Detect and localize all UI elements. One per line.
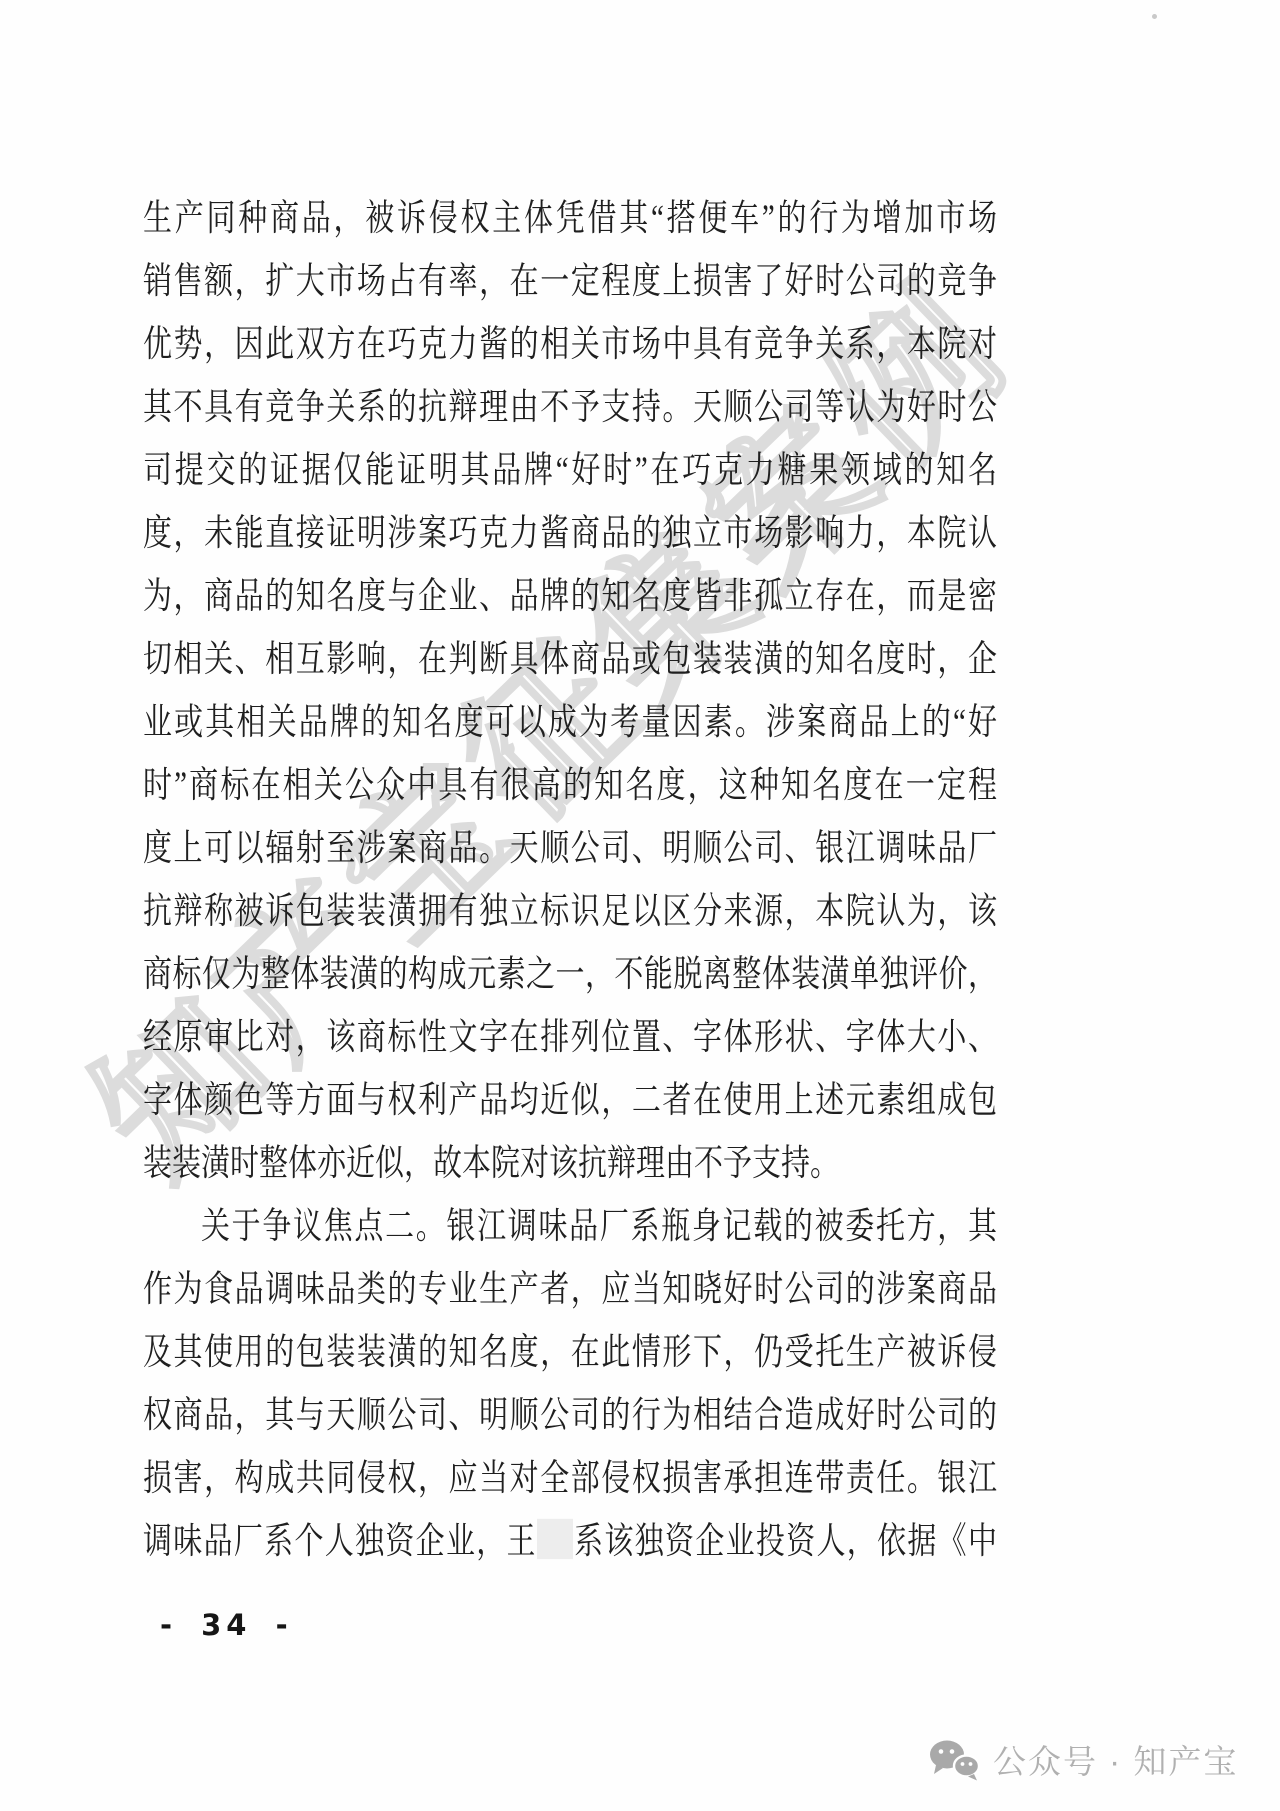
redaction-box [537,1519,573,1559]
document-page: 知产宝征集案例 生产同种商品，被诉侵权主体凭借其“搭便车”的行为增加市场销售额，… [0,0,1280,1811]
text-line: 时”商标在相关公众中具有很高的知名度，这种知名度在一定程 [143,754,997,817]
footer: 公众号 · 知产宝 [928,1736,1238,1783]
text-line: 其不具有竞争关系的抗辩理由不予支持。天顺公司等认为好时公 [143,376,997,439]
text-line: 生产同种商品，被诉侵权主体凭借其“搭便车”的行为增加市场 [143,187,997,250]
text-line: 装装潢时整体亦近似，故本院对该抗辩理由不予支持。 [143,1132,997,1195]
text-line: 度，未能直接证明涉案巧克力酱商品的独立市场影响力，本院认 [143,502,997,565]
text-line: 字体颜色等方面与权利产品均近似，二者在使用上述元素组成包 [143,1069,997,1132]
page-number: - 34 - [160,1608,293,1642]
text-block: 生产同种商品，被诉侵权主体凭借其“搭便车”的行为增加市场销售额，扩大市场占有率，… [143,187,997,1573]
text-line: 销售额，扩大市场占有率，在一定程度上损害了好时公司的竞争 [143,250,997,313]
text-line: 商标仅为整体装潢的构成元素之一，不能脱离整体装潢单独评价， [143,943,997,1006]
text-line: 及其使用的包装装潢的知名度，在此情形下，仍受托生产被诉侵 [143,1321,997,1384]
text-line: 关于争议焦点二。银江调味品厂系瓶身记载的被委托方，其 [143,1195,997,1258]
text-line: 作为食品调味品类的专业生产者，应当知晓好时公司的涉案商品 [143,1258,997,1321]
text-line: 切相关、相互影响，在判断具体商品或包装装潢的知名度时，企 [143,628,997,691]
text-line: 抗辩称被诉包装装潢拥有独立标识足以区分来源，本院认为，该 [143,880,997,943]
footer-label: 公众号 · 知产宝 [993,1736,1238,1783]
text-line: 业或其相关品牌的知名度可以成为考量因素。涉案商品上的“好 [143,691,997,754]
text-line: 优势，因此双方在巧克力酱的相关市场中具有竞争关系，本院对 [143,313,997,376]
text-line: 损害，构成共同侵权，应当对全部侵权损害承担连带责任。银江 [143,1447,997,1510]
text-line: 度上可以辐射至涉案商品。天顺公司、明顺公司、银江调味品厂 [143,817,997,880]
text-line: 经原审比对，该商标性文字在排列位置、字体形状、字体大小、 [143,1006,997,1069]
text-line: 司提交的证据仅能证明其品牌“好时”在巧克力糖果领域的知名 [143,439,997,502]
text-line: 为，商品的知名度与企业、品牌的知名度皆非孤立存在，而是密 [143,565,997,628]
text-line: 调味品厂系个人独资企业，王系该独资企业投资人，依据《中 [143,1510,997,1573]
text-line: 权商品，其与天顺公司、明顺公司的行为相结合造成好时公司的 [143,1384,997,1447]
scan-speck [1152,14,1157,19]
wechat-icon [928,1739,980,1781]
